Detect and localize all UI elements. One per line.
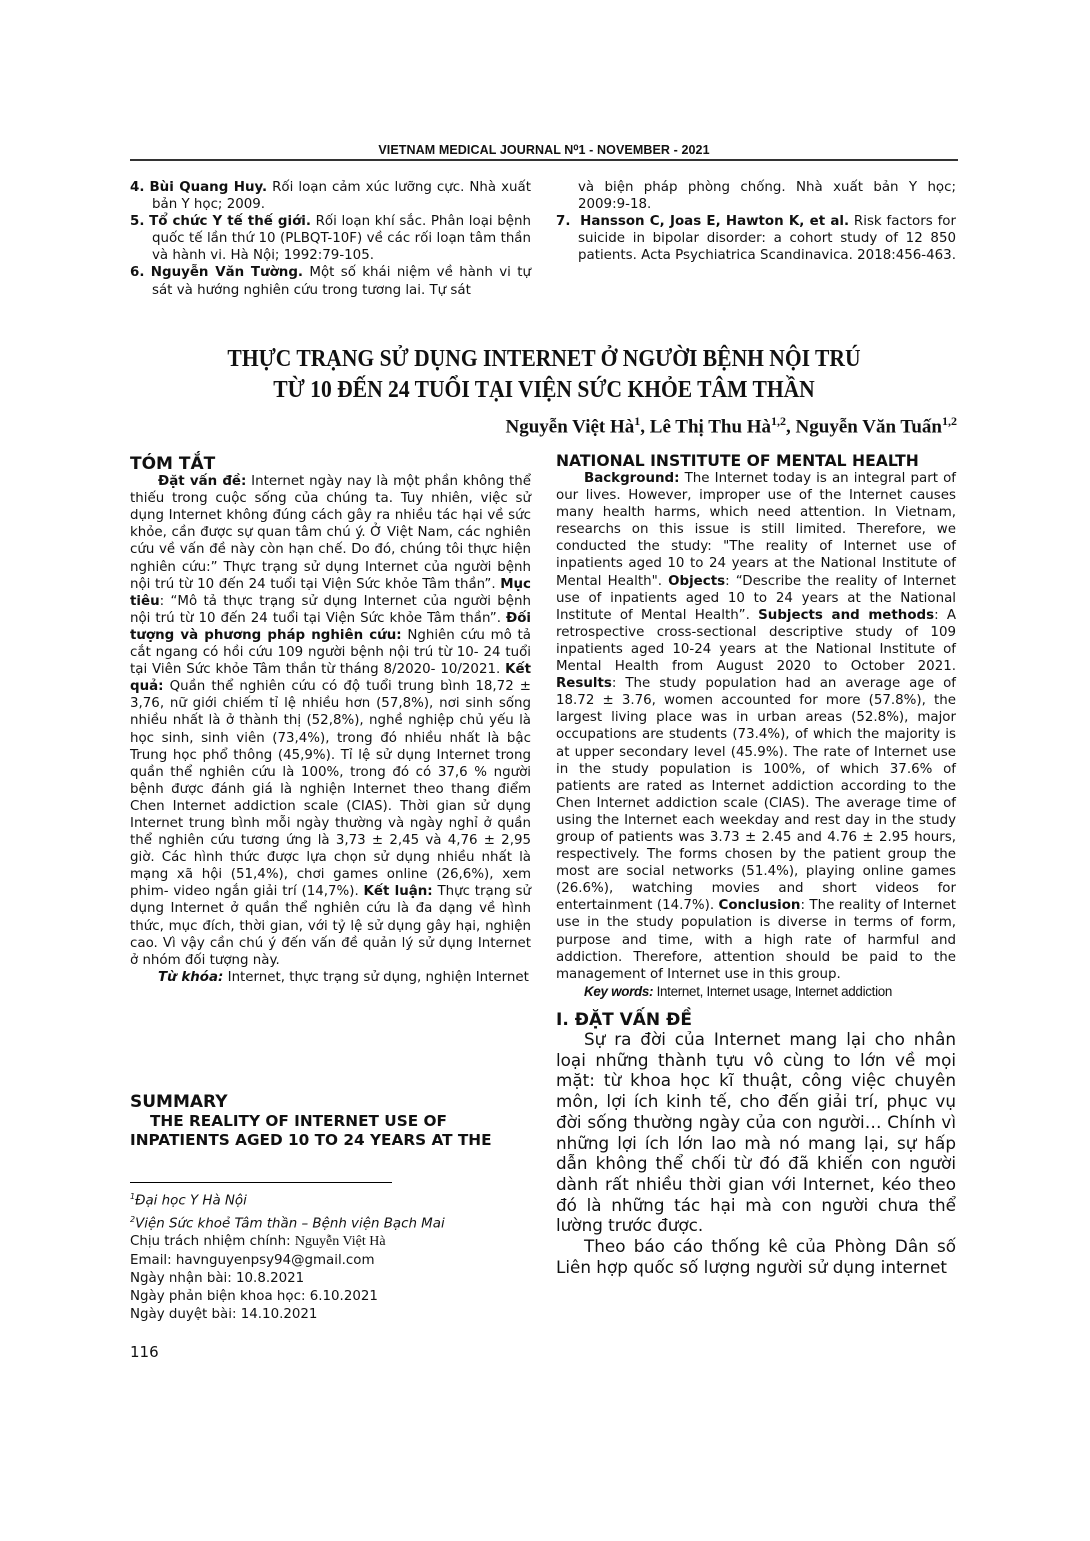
author-list: Nguyễn Việt Hà1, Lê Thị Thu Hà1,2, Nguyễ… bbox=[505, 414, 957, 438]
author-name: Lê Thị Thu Hà bbox=[650, 416, 771, 437]
reference-number: 5. bbox=[130, 214, 144, 229]
references-left: 4. Bùi Quang Huy. Rối loạn cảm xúc lưỡng… bbox=[130, 179, 531, 299]
date-accepted: Ngày duyệt bài: 14.10.2021 bbox=[130, 1306, 530, 1324]
affiliation-text: Viện Sức khoẻ Tâm thần – Bệnh viện Bạch … bbox=[135, 1216, 445, 1231]
article-title: THỰC TRẠNG SỬ DỤNG INTERNET Ở NGƯỜI BỆNH… bbox=[180, 343, 909, 405]
text-background: Internet ngày nay là một phần không thể … bbox=[130, 474, 531, 592]
label-background: Đặt vấn đề: bbox=[158, 474, 246, 489]
label-conclusion: Kết luận: bbox=[364, 884, 433, 899]
references-right: và biện pháp phòng chống. Nhà xuất bản Y… bbox=[556, 179, 956, 264]
abstract-english: NATIONAL INSTITUTE OF MENTAL HEALTH Back… bbox=[556, 452, 956, 1277]
date-reviewed: Ngày phản biện khoa học: 6.10.2021 bbox=[130, 1288, 530, 1306]
reference-continuation: và biện pháp phòng chống. Nhà xuất bản Y… bbox=[556, 179, 956, 213]
summary-title-line: THE REALITY OF INTERNET USE OF bbox=[130, 1112, 531, 1131]
reference-authors: Hansson C, Joas E, Hawton K, et al. bbox=[580, 214, 849, 229]
text-background: The Internet today is an integral part o… bbox=[556, 471, 956, 589]
summary-title-line: NATIONAL INSTITUTE OF MENTAL HEALTH bbox=[556, 452, 956, 470]
keywords-vietnamese: Từ khóa: Internet, thực trạng sử dụng, n… bbox=[130, 969, 531, 986]
abstract-paragraph: Đặt vấn đề: Internet ngày nay là một phầ… bbox=[130, 473, 531, 969]
reference-number: 7. bbox=[556, 214, 570, 229]
label-results: Results bbox=[556, 676, 612, 691]
intro-paragraph: Sự ra đời của Internet mang lại cho nhân… bbox=[556, 1029, 956, 1236]
corresponding-label: Chịu trách nhiệm chính: bbox=[130, 1234, 295, 1249]
reference-authors: Nguyễn Văn Tường. bbox=[151, 265, 303, 280]
author-name: Nguyễn Việt Hà bbox=[505, 416, 634, 437]
label-keywords: Từ khóa: bbox=[158, 970, 223, 985]
date-received: Ngày nhận bài: 10.8.2021 bbox=[130, 1270, 530, 1288]
section-heading-tom-tat: TÓM TẮT bbox=[130, 456, 531, 473]
reference-authors: Bùi Quang Huy. bbox=[149, 180, 267, 195]
text-keywords: Internet, thực trạng sử dụng, nghiện Int… bbox=[223, 970, 529, 985]
reference-number: 4. bbox=[130, 180, 144, 195]
affiliation-text: Đại học Y Hà Nội bbox=[135, 1193, 247, 1208]
affiliation-marker: 1,2 bbox=[942, 414, 957, 428]
separator: , bbox=[640, 416, 650, 437]
abstract-vietnamese: TÓM TẮT Đặt vấn đề: Internet ngày nay là… bbox=[130, 456, 531, 986]
section-heading-introduction: I. ĐẶT VẤN ĐỀ bbox=[556, 1012, 956, 1029]
summary-heading-block: SUMMARY THE REALITY OF INTERNET USE OF I… bbox=[130, 1092, 531, 1150]
text-results: Quần thể nghiên cứu có độ tuổi trung bìn… bbox=[130, 679, 531, 899]
text-objective: : “Mô tả thực trạng sử dụng Internet của… bbox=[130, 594, 531, 626]
intro-paragraph: Theo báo cáo thống kê của Phòng Dân số L… bbox=[556, 1236, 956, 1277]
affiliation-marker: 1,2 bbox=[771, 414, 786, 428]
title-line: TỪ 10 ĐẾN 24 TUỔI TẠI VIỆN SỨC KHỎE TÂM … bbox=[180, 374, 909, 405]
reference-item: 6. Nguyễn Văn Tường. Một số khái niệm về… bbox=[130, 264, 531, 298]
reference-item: 7. Hansson C, Joas E, Hawton K, et al. R… bbox=[556, 213, 956, 264]
reference-number: 6. bbox=[130, 265, 144, 280]
reference-authors: Tổ chức Y tế thế giới. bbox=[149, 214, 311, 229]
title-line: THỰC TRẠNG SỬ DỤNG INTERNET Ở NGƯỜI BỆNH… bbox=[180, 343, 909, 374]
label-conclusion: Conclusion bbox=[719, 898, 801, 913]
label-background: Background: bbox=[584, 471, 679, 486]
keywords-english: Key words: Internet, Internet usage, Int… bbox=[556, 983, 956, 1000]
label-keywords: Key words: bbox=[584, 984, 653, 999]
header-divider bbox=[130, 159, 958, 161]
text-keywords: Internet, Internet usage, Internet addic… bbox=[653, 984, 892, 999]
footnotes: 1Đại học Y Hà Nội 2Viện Sức khoẻ Tâm thầ… bbox=[130, 1188, 530, 1324]
section-heading-summary: SUMMARY bbox=[130, 1092, 531, 1112]
email: Email: havnguyenpsy94@gmail.com bbox=[130, 1252, 530, 1270]
affiliation-1: 1Đại học Y Hà Nội bbox=[130, 1188, 530, 1211]
author-name: Nguyễn Văn Tuấn bbox=[796, 416, 942, 437]
corresponding-author: Chịu trách nhiệm chính: Nguyễn Việt Hà bbox=[130, 1233, 530, 1251]
corresponding-name: Nguyễn Việt Hà bbox=[295, 1234, 386, 1249]
abstract-paragraph: Background: The Internet today is an int… bbox=[556, 470, 956, 983]
page-number: 116 bbox=[130, 1343, 159, 1361]
running-header: VIETNAM MEDICAL JOURNAL N⁰1 - NOVEMBER -… bbox=[130, 142, 958, 157]
summary-title-line: INPATIENTS AGED 10 TO 24 YEARS AT THE bbox=[130, 1131, 531, 1150]
reference-item: 4. Bùi Quang Huy. Rối loạn cảm xúc lưỡng… bbox=[130, 179, 531, 213]
label-methods: Subjects and methods bbox=[758, 608, 934, 623]
footnote-divider bbox=[130, 1182, 392, 1183]
label-objects: Objects bbox=[668, 574, 725, 589]
reference-item: 5. Tổ chức Y tế thế giới. Rối loạn khí s… bbox=[130, 213, 531, 264]
separator: , bbox=[786, 416, 796, 437]
affiliation-2: 2Viện Sức khoẻ Tâm thần – Bệnh viện Bạch… bbox=[130, 1211, 530, 1234]
text-results: : The study population had an average ag… bbox=[556, 676, 956, 913]
